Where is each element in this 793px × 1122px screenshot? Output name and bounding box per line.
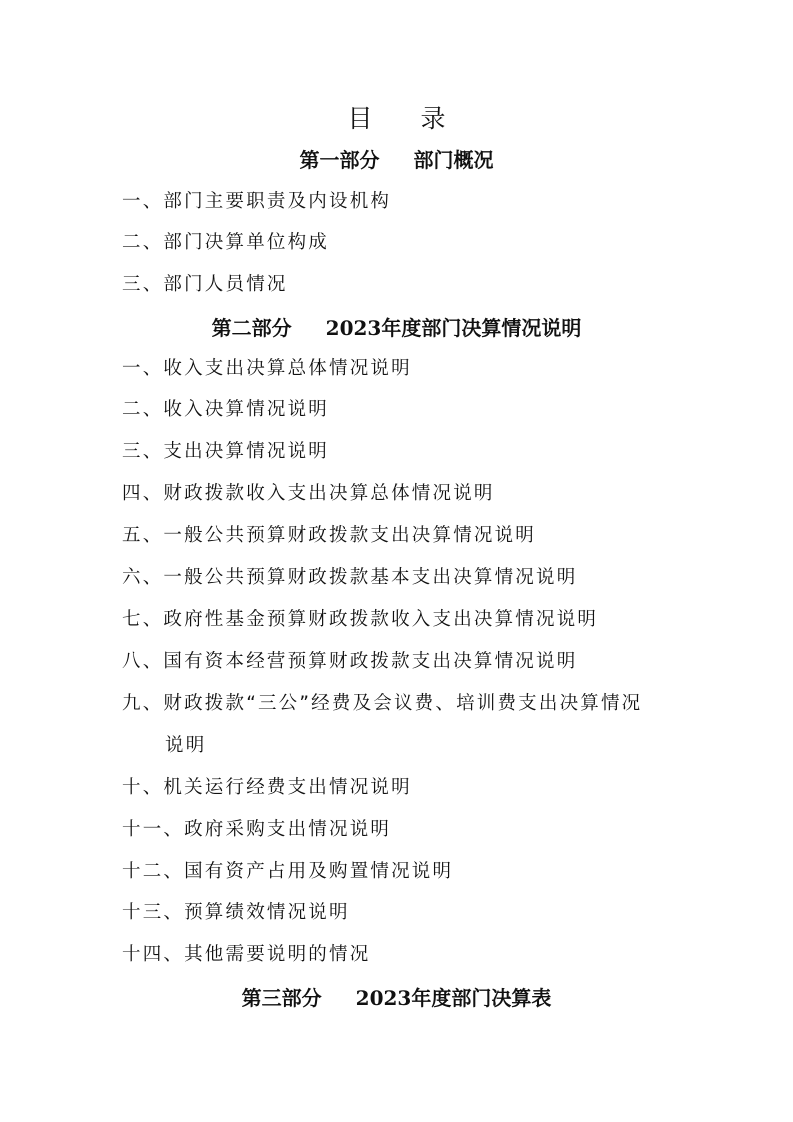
toc-item: 十一、政府采购支出情况说明: [122, 821, 391, 840]
toc-item: 一、收入支出决算总体情况说明: [122, 360, 412, 379]
toc-item-continuation: 说明: [165, 737, 206, 756]
part-1-prefix: 第一部分: [300, 148, 380, 172]
toc-item: 五、一般公共预算财政拨款支出决算情况说明: [122, 527, 536, 546]
toc-item: 三、支出决算情况说明: [122, 443, 329, 462]
part-1-title: 部门概况: [414, 148, 494, 172]
toc-item: 九、财政拨款“三公”经费及会议费、培训费支出决算情况: [122, 695, 642, 714]
toc-item: 二、部门决算单位构成: [122, 234, 329, 253]
part-1-heading: 第一部分部门概况: [0, 150, 793, 170]
part-3-title: 2023年度部门决算表: [356, 986, 552, 1010]
toc-item: 四、财政拨款收入支出决算总体情况说明: [122, 485, 495, 504]
toc-item: 一、部门主要职责及内设机构: [122, 193, 391, 212]
toc-item: 十四、其他需要说明的情况: [122, 946, 370, 965]
toc-item: 七、政府性基金预算财政拨款收入支出决算情况说明: [122, 611, 598, 630]
part-3-heading: 第三部分2023年度部门决算表: [0, 988, 793, 1008]
toc-item: 十二、国有资产占用及购置情况说明: [122, 863, 453, 882]
part-2-prefix: 第二部分: [212, 316, 292, 340]
toc-item: 三、部门人员情况: [122, 276, 288, 295]
part-2-title: 2023年度部门决算情况说明: [326, 316, 582, 340]
toc-item: 六、一般公共预算财政拨款基本支出决算情况说明: [122, 569, 577, 588]
toc-item: 二、收入决算情况说明: [122, 401, 329, 420]
document-page: 目 录 第一部分部门概况 一、部门主要职责及内设机构 二、部门决算单位构成 三、…: [0, 0, 793, 1122]
toc-item: 十三、预算绩效情况说明: [122, 904, 350, 923]
toc-item: 十、机关运行经费支出情况说明: [122, 779, 412, 798]
toc-item: 八、国有资本经营预算财政拨款支出决算情况说明: [122, 653, 577, 672]
part-3-prefix: 第三部分: [242, 986, 322, 1010]
toc-title: 目 录: [0, 106, 793, 131]
part-2-heading: 第二部分2023年度部门决算情况说明: [0, 318, 793, 338]
